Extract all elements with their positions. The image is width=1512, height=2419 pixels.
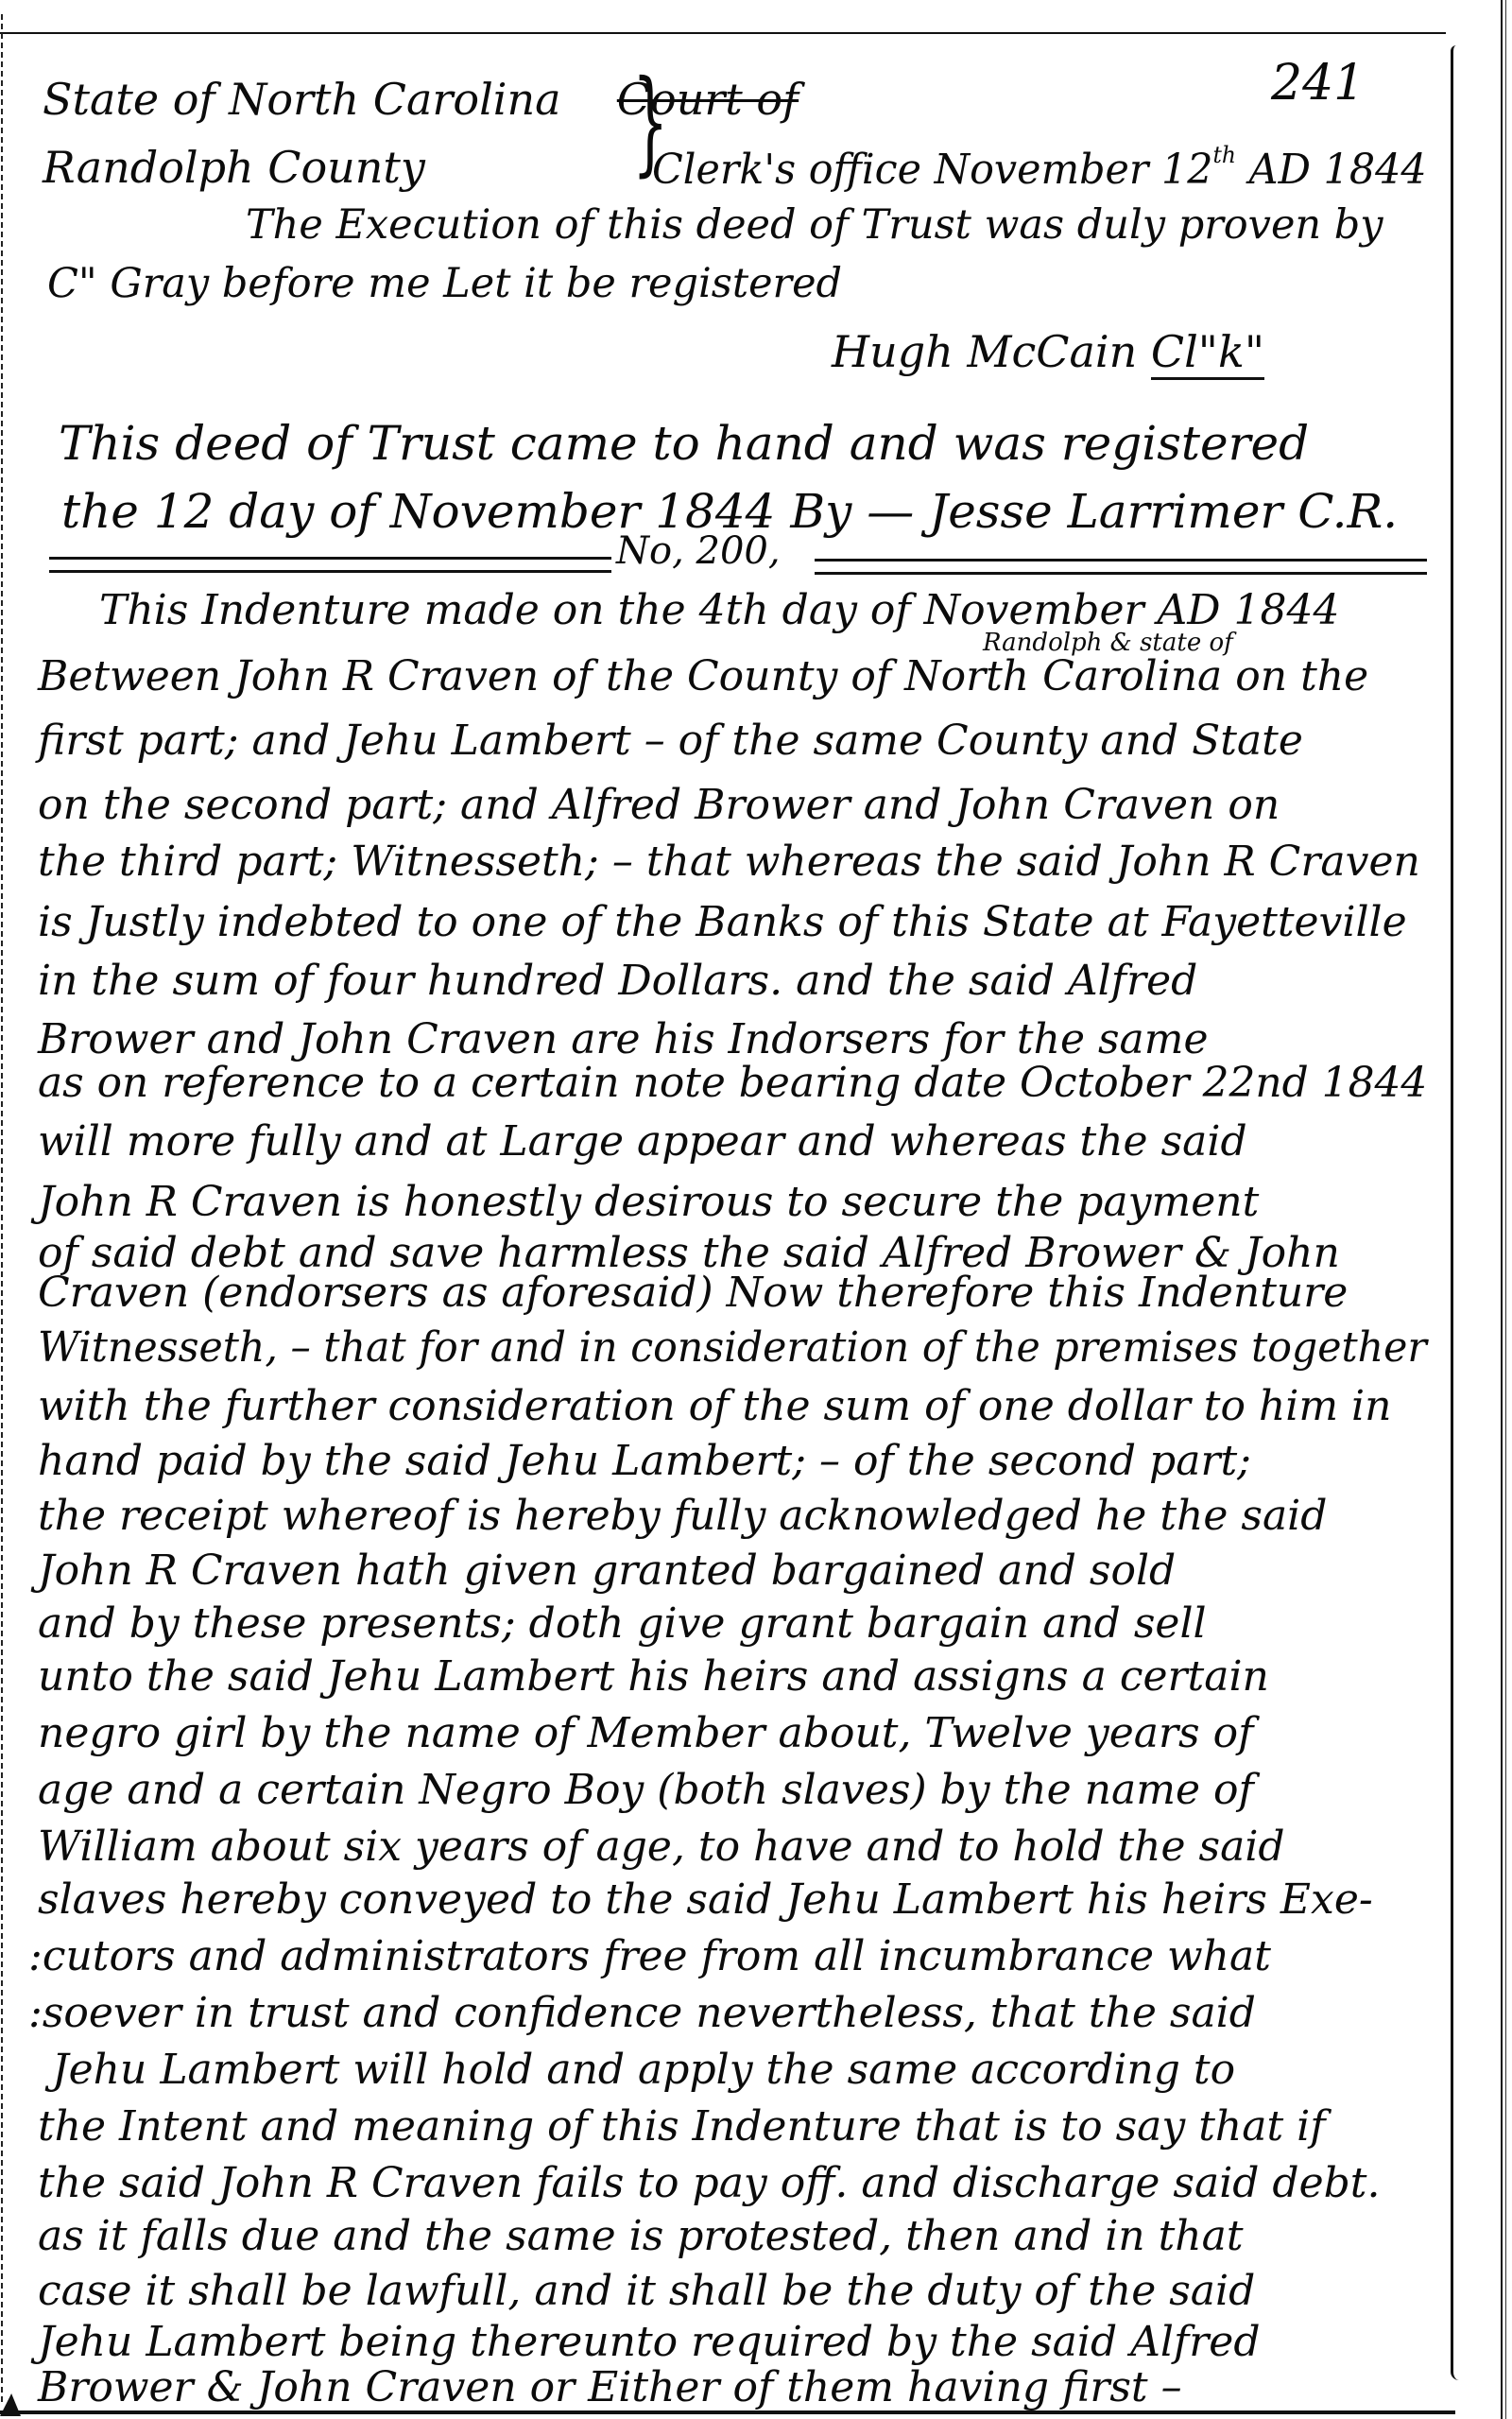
indenture-line: is Justly indebted to one of the Banks o… [38,898,1407,946]
certificate-county-line: Randolph County [43,142,425,193]
certificate-office-line: Clerk's office November 12th AD 1844 [652,142,1427,194]
indenture-line: and by these presents; doth give grant b… [38,1599,1207,1648]
indenture-line: John R Craven hath given granted bargain… [38,1546,1176,1595]
indenture-line: Between John R Craven of the County of N… [38,652,1368,700]
right-page-edge [1451,45,1459,2380]
certificate-execution-line: The Execution of this deed of Trust was … [246,201,1383,249]
indenture-line: will more fully and at Large appear and … [38,1117,1247,1166]
indenture-line: Brower & John Craven or Either of them h… [38,2363,1182,2411]
indenture-line: John R Craven is honestly desirous to se… [38,1178,1259,1226]
indenture-line: Craven (endorsers as aforesaid) Now ther… [38,1269,1348,1317]
scan-artifact [0,2393,21,2416]
binding-line [1505,0,1506,2419]
indenture-line: Jehu Lambert being thereunto required by… [38,2318,1261,2366]
divider-rule-right [815,559,1427,575]
ledger-page: 241 State of North Carolina Court of } R… [0,0,1512,2419]
indenture-line: with the further consideration of the su… [38,1382,1391,1430]
clerk-signature: Hugh McCain Cl"k" [832,326,1264,377]
indenture-line: slaves hereby conveyed to the said Jehu … [38,1875,1373,1924]
indenture-line: :cutors and administrators free from all… [28,1932,1271,1980]
left-page-edge [1,14,3,2406]
certificate-state-line: State of North Carolina Court of [43,74,799,125]
indenture-line: hand paid by the said Jehu Lambert; – of… [38,1437,1251,1485]
page-number: 241 [1271,55,1365,112]
indenture-line: William about six years of age, to have … [38,1823,1285,1871]
office-year-text: AD 1844 [1249,146,1427,194]
registration-line-1: This deed of Trust came to hand and was … [59,416,1309,471]
binding-line [1501,0,1503,2419]
signature-name: Hugh McCain [832,326,1137,377]
top-border-line [0,32,1446,34]
indenture-line: on the second part; and Alfred Brower an… [38,781,1280,829]
indenture-line: as it falls due and the same is proteste… [38,2212,1244,2260]
indenture-line: negro girl by the name of Member about, … [38,1709,1253,1757]
record-number: No, 200, [616,529,781,573]
county-text: Randolph County [43,142,425,193]
indenture-line: first part; and Jehu Lambert – of the sa… [38,717,1303,765]
indenture-line: in the sum of four hundred Dollars. and … [38,957,1197,1005]
indenture-line: as on reference to a certain note bearin… [38,1059,1427,1107]
ordinal-suffix: th [1213,142,1236,168]
certificate-witness-line: C" Gray before me Let it be registered [47,260,842,307]
indenture-line: the Intent and meaning of this Indenture… [38,2102,1326,2151]
office-date-text: Clerk's office November 12 [652,146,1213,194]
state-text: State of North Carolina [43,74,561,125]
indenture-line: the receipt whereof is hereby fully ackn… [38,1492,1327,1540]
indenture-line: :soever in trust and confidence neverthe… [28,1989,1256,2037]
indenture-line: unto the said Jehu Lambert his heirs and… [38,1652,1269,1701]
divider-rule-left [49,557,611,573]
indenture-line: This Indenture made on the 4th day of No… [99,586,1340,634]
indenture-line: Witnesseth, – that for and in considerat… [38,1323,1427,1372]
indenture-line: age and a certain Negro Boy (both slaves… [38,1766,1254,1814]
signature-title: Cl"k" [1151,326,1264,380]
indenture-line: the third part; Witnesseth; – that where… [38,838,1420,886]
indenture-line: Brower and John Craven are his Indorsers… [38,1015,1209,1063]
indenture-line: case it shall be lawfull, and it shall b… [38,2267,1255,2315]
indenture-line: the said John R Craven fails to pay off.… [38,2159,1380,2207]
indenture-line: Jehu Lambert will hold and apply the sam… [52,2046,1235,2094]
